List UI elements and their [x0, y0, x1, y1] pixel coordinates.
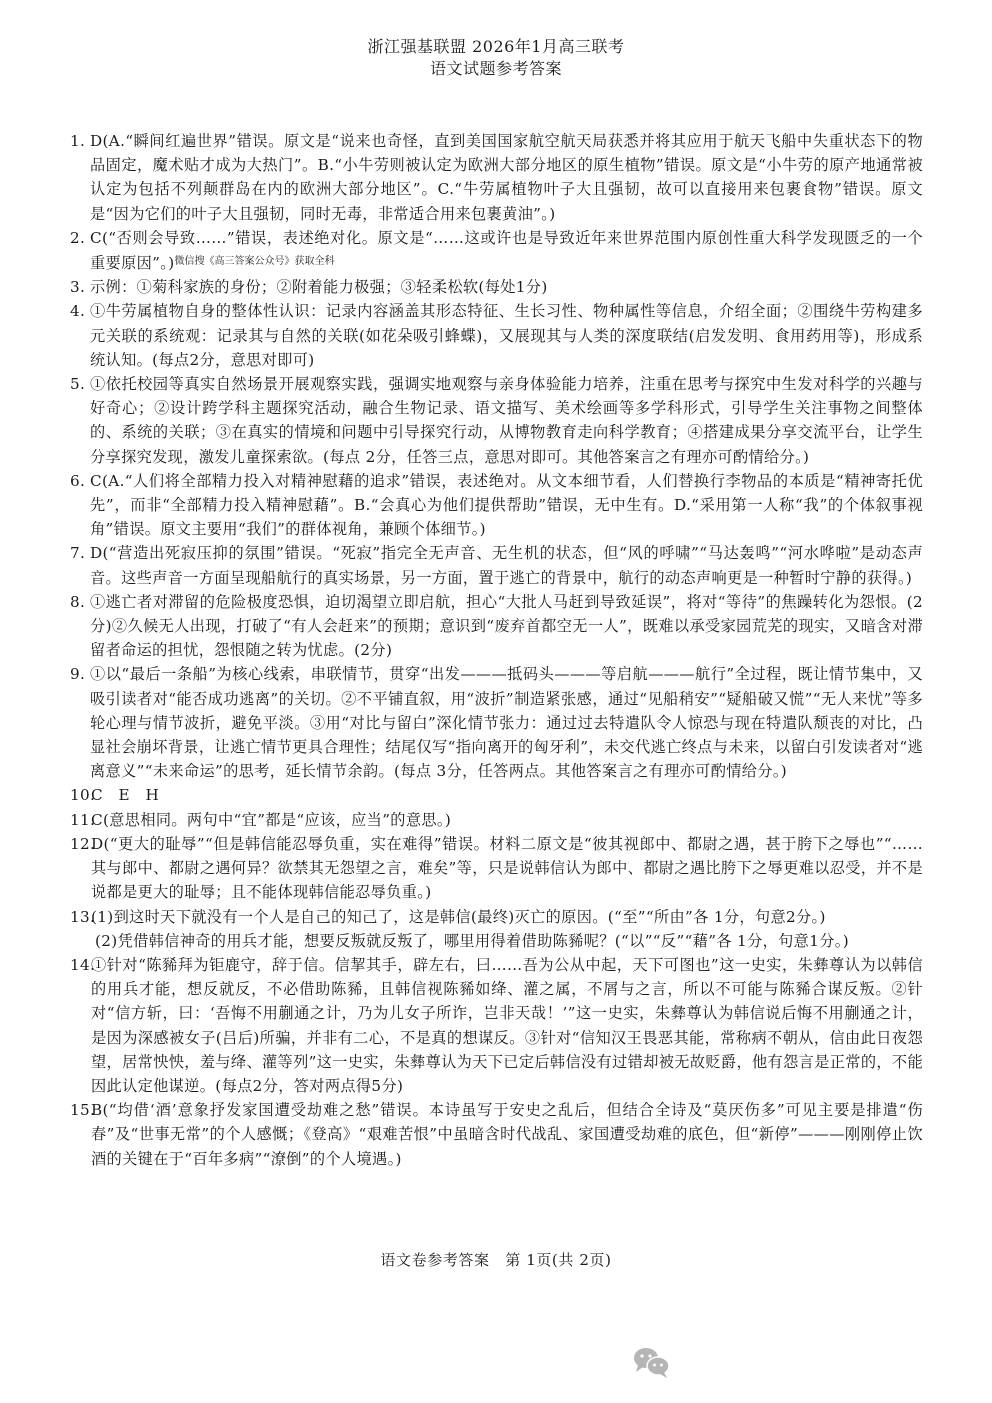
- answer-item-13: 13. (1)到这时天下就没有一个人是自己的知己了，这是韩信(最终)灭亡的原因。…: [70, 905, 923, 953]
- answer-item-7: 7. D(“营造出死寂压抑的氛围”错误。“死寂”指完全无声音、无生机的状态，但“…: [70, 541, 923, 589]
- answer-item-6: 6. C(A.“人们将全部精力投入对精神慰藉的追求”错误，表述绝对。从文本细节看…: [70, 469, 923, 542]
- answer-number: 7.: [70, 541, 85, 565]
- answer-text: B(“均借‘酒’意象抒发家国遭受劫难之愁”错误。本诗虽写于安史之乱后，但结合全诗…: [91, 1101, 923, 1167]
- watermark-note: 微信搜《高三答案公众号》获取全科: [174, 256, 334, 267]
- answer-item-4: 4. ①牛劳属植物自身的整体性认识：记录内容涵盖其形态特征、生长习性、物种属性等…: [70, 299, 923, 372]
- answer-part-2: (2)凭借韩信神奇的用兵才能，想要反叛就反叛了，哪里用得着借助陈豨呢？(“以”“…: [91, 929, 923, 953]
- answer-text: ①以“最后一条船”为核心线索，串联情节，贯穿“出发———抵码头———等启航———…: [90, 665, 923, 780]
- answer-number: 2.: [70, 226, 85, 250]
- answer-item-8: 8. ①逃亡者对滞留的危险极度恐惧，迫切渴望立即启航，担心“大批人马赶到导致延误…: [70, 590, 923, 663]
- answer-text: ①逃亡者对滞留的危险极度恐惧，迫切渴望立即启航，担心“大批人马赶到导致延误”，将…: [90, 593, 923, 659]
- answer-text: D(“营造出死寂压抑的氛围”错误。“死寂”指完全无声音、无生机的状态，但“风的呼…: [90, 544, 923, 586]
- answer-item-15: 15. B(“均借‘酒’意象抒发家国遭受劫难之愁”错误。本诗虽写于安史之乱后，但…: [70, 1098, 923, 1171]
- answer-text: 示例：①菊科家族的身份；②附着能力极强；③轻柔松软(每处1分): [90, 278, 548, 296]
- answer-number: 12.: [70, 832, 95, 856]
- answer-number: 9.: [70, 662, 85, 686]
- answer-part-1: (1)到这时天下就没有一个人是自己的知己了，这是韩信(最终)灭亡的原因。(“至”…: [91, 905, 923, 929]
- answer-text: C(意思相同。两句中“宜”都是“应该，应当”的意思。): [91, 811, 451, 829]
- answer-text: C(A.“人们将全部精力投入对精神慰藉的追求”错误，表述绝对。从文本细节看，人们…: [90, 472, 923, 538]
- answer-number: 5.: [70, 372, 85, 396]
- answer-number: 8.: [70, 590, 85, 614]
- answer-item-14: 14. ①针对“陈豨拜为钜鹿守，辞于信。信挈其手，辟左右，曰……吾为公从中起，天…: [70, 953, 923, 1098]
- answer-number: 6.: [70, 469, 85, 493]
- answer-number: 13.: [70, 905, 95, 929]
- answer-number: 10.: [70, 783, 95, 807]
- answer-item-12: 12. D(“更大的耻辱”“但是韩信能忍辱负重，实在难得”错误。材料二原文是“彼…: [70, 832, 923, 905]
- answer-item-1: 1. D(A.“瞬间红遍世界”错误。原文是“说来也奇怪，直到美国国家航空航天局获…: [70, 129, 923, 226]
- answer-item-11: 11. C(意思相同。两句中“宜”都是“应该，应当”的意思。): [70, 808, 923, 832]
- answer-number: 15.: [70, 1098, 95, 1122]
- answer-text: D(A.“瞬间红遍世界”错误。原文是“说来也奇怪，直到美国国家航空航天局获悉并将…: [90, 132, 923, 223]
- document-subtitle: 语文试题参考答案: [0, 58, 992, 80]
- page-footer: 语文卷参考答案 第 1页(共 2页): [0, 1249, 992, 1270]
- answer-text: ①针对“陈豨拜为钜鹿守，辞于信。信挈其手，辟左右，曰……吾为公从中起，天下可图也…: [91, 956, 923, 1095]
- answer-text: C E H: [91, 786, 159, 804]
- exam-title: 浙江强基联盟 2026年1月高三联考: [0, 36, 992, 58]
- answer-text: D(“更大的耻辱”“但是韩信能忍辱负重，实在难得”错误。材料二原文是“彼其视郎中…: [91, 835, 923, 901]
- answer-text: ①牛劳属植物自身的整体性认识：记录内容涵盖其形态特征、生长习性、物种属性等信息，…: [90, 302, 923, 368]
- wechat-icon: [632, 1345, 672, 1379]
- answer-item-10: 10. C E H: [70, 783, 923, 807]
- answer-text: ①依托校园等真实自然场景开展观察实践，强调实地观察与亲身体验能力培养，注重在思考…: [90, 375, 923, 466]
- answer-number: 3.: [70, 275, 85, 299]
- answer-number: 1.: [70, 129, 85, 153]
- answer-item-9: 9. ①以“最后一条船”为核心线索，串联情节，贯穿“出发———抵码头———等启航…: [70, 662, 923, 783]
- answer-list: 1. D(A.“瞬间红遍世界”错误。原文是“说来也奇怪，直到美国国家航空航天局获…: [70, 129, 923, 1171]
- page-header: 浙江强基联盟 2026年1月高三联考 语文试题参考答案: [0, 36, 992, 80]
- answer-item-3: 3. 示例：①菊科家族的身份；②附着能力极强；③轻柔松软(每处1分): [70, 275, 923, 299]
- answer-item-2: 2. C(“否则会导致……”错误，表述绝对化。原文是“……这或许也是导致近年来世…: [70, 226, 923, 275]
- answer-number: 11.: [70, 808, 95, 832]
- answer-number: 14.: [70, 953, 95, 977]
- answer-item-5: 5. ①依托校园等真实自然场景开展观察实践，强调实地观察与亲身体验能力培养，注重…: [70, 372, 923, 469]
- answer-number: 4.: [70, 299, 85, 323]
